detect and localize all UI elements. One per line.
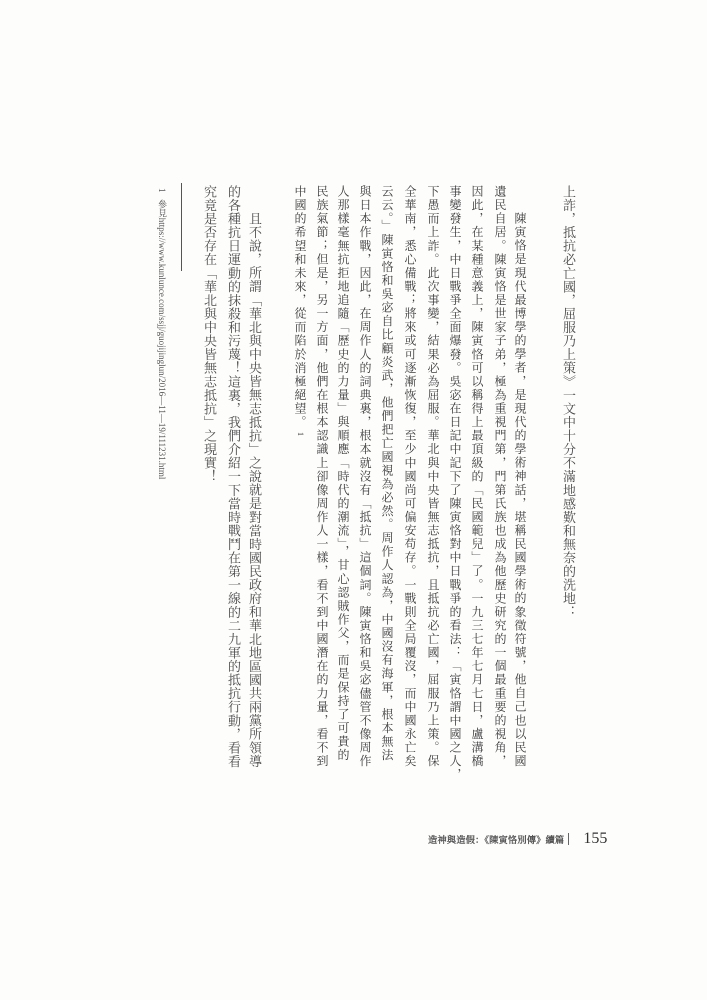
quote-line: 遺民自居。陳寅恪是世家子弟，極為重視門第，門第氏族也成為他歷史研究的一個最重要的… [492,185,508,768]
quote-line: 下愚而上詐。此次事變，結果必為屈服。華北與中央皆無志抵抗，且抵抗必亡國，屈服乃上… [425,185,441,768]
quote-line: 人那樣毫無抗拒地追隨「歷史的力量」與順應「時代的潮流」，甘心認賊作父，而是保持了… [335,185,351,762]
quote-line: 云云。」陳寅恪和吳宓自比顧炎武，他們把亡國視為必然。周作人認為，中國沒有海軍，根… [379,185,395,762]
running-title: 造神與造假：《陳寅恪別傳》續篇 [428,832,564,846]
paragraph-line: 究竟是否存在「華北與中央皆無志抵抗」之現實！ [200,185,216,483]
quote-line: 全華南，悉心備戰；將來或可逐漸恢復，至少中國尚可偏安苟存。一戰則全局覆沒，而中國… [402,185,418,768]
quote-line-last: 中國的希望和未來，從而陷於消極絕望。1 [292,185,308,436]
footnote-text: 參見https://www.kunlunce.com/ssjj/guojijin… [157,200,167,480]
footnote-number: 1 [156,188,168,193]
quote-line: 陳寅恪是現代最博學的學者，是現代的學術神話，堪稱民國學術的象徵符號，他自己也以民… [512,212,528,768]
paragraph-line: 且不說，所謂「華北與中央皆無志抵抗」之說就是對當時國民政府和華北地區國共兩黨所領… [245,212,261,768]
page-number: 155 [583,830,607,848]
paragraph-line: 的各種抗日運動的抹殺和污蔑！這裏，我們介紹一下當時戰鬥在第一線的二九軍的抵抗行動… [224,185,240,768]
quote-line: 民族氣節；但是，另一方面，他們在根本認識上卻像周作人一樣，看不到中國潛在的力量，… [314,185,330,768]
quote-line: 因此，在某種意義上，陳寅恪可以稱得上最頂級的「民國範兒」了。一九三七年七月七日，… [469,185,485,768]
quote-line-text: 中國的希望和未來，從而陷於消極絕望。 [293,185,307,429]
footnote: 1 參見https://www.kunlunce.com/ssjj/guojij… [156,188,168,479]
footer-divider [568,833,569,845]
quote-line: 與日本作戰，因此，在周作人的詞典裏，根本就沒有「抵抗」這個詞。陳寅恪和吳宓儘管不… [357,185,373,768]
page-footer: 造神與造假：《陳寅恪別傳》續篇 155 [428,829,607,849]
book-page: 上詐，抵抗必亡國，屈服乃上策》一文中十分不滿地感歎和無奈的洗地： 陳寅恪是現代最… [0,0,707,1000]
quote-line: 事變發生，中日戰爭全面爆發。吳宓在日記中記下了陳寅恪對中日戰爭的看法：「寅恪謂中… [447,185,463,782]
continued-paragraph-line: 上詐，抵抗必亡國，屈服乃上策》一文中十分不滿地感歎和無奈的洗地： [559,185,575,619]
footnote-reference: 1 [292,432,308,436]
footnote-separator [181,183,182,271]
